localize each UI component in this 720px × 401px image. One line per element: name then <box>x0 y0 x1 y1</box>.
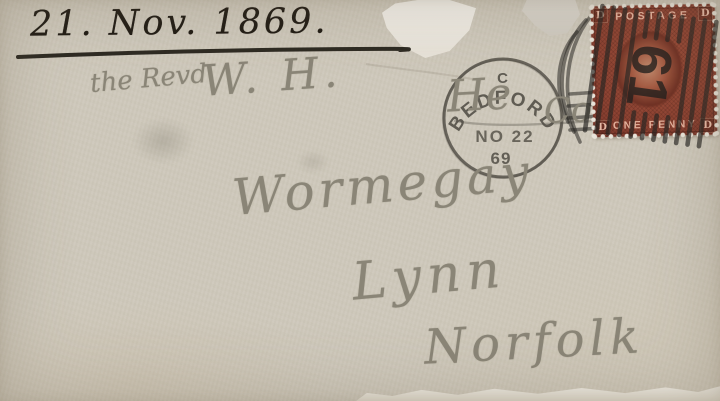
penny-red-stamp: POSTAGE ONE PENNY D D D D <box>591 4 718 138</box>
address-county: Norfolk <box>423 312 645 371</box>
docket-date-note: 21. Nov. 1869. <box>30 4 329 42</box>
pencil-smudge <box>132 118 194 164</box>
address-surname-fragment: He <box>446 72 513 119</box>
envelope-photo: C BEDFORD NO 22 69 21. Nov. 1869. the Re… <box>0 0 720 401</box>
address-town: Lynn <box>350 243 508 308</box>
address-surname-fragment: Co <box>543 93 592 130</box>
address-initials: W. H. <box>201 51 344 104</box>
